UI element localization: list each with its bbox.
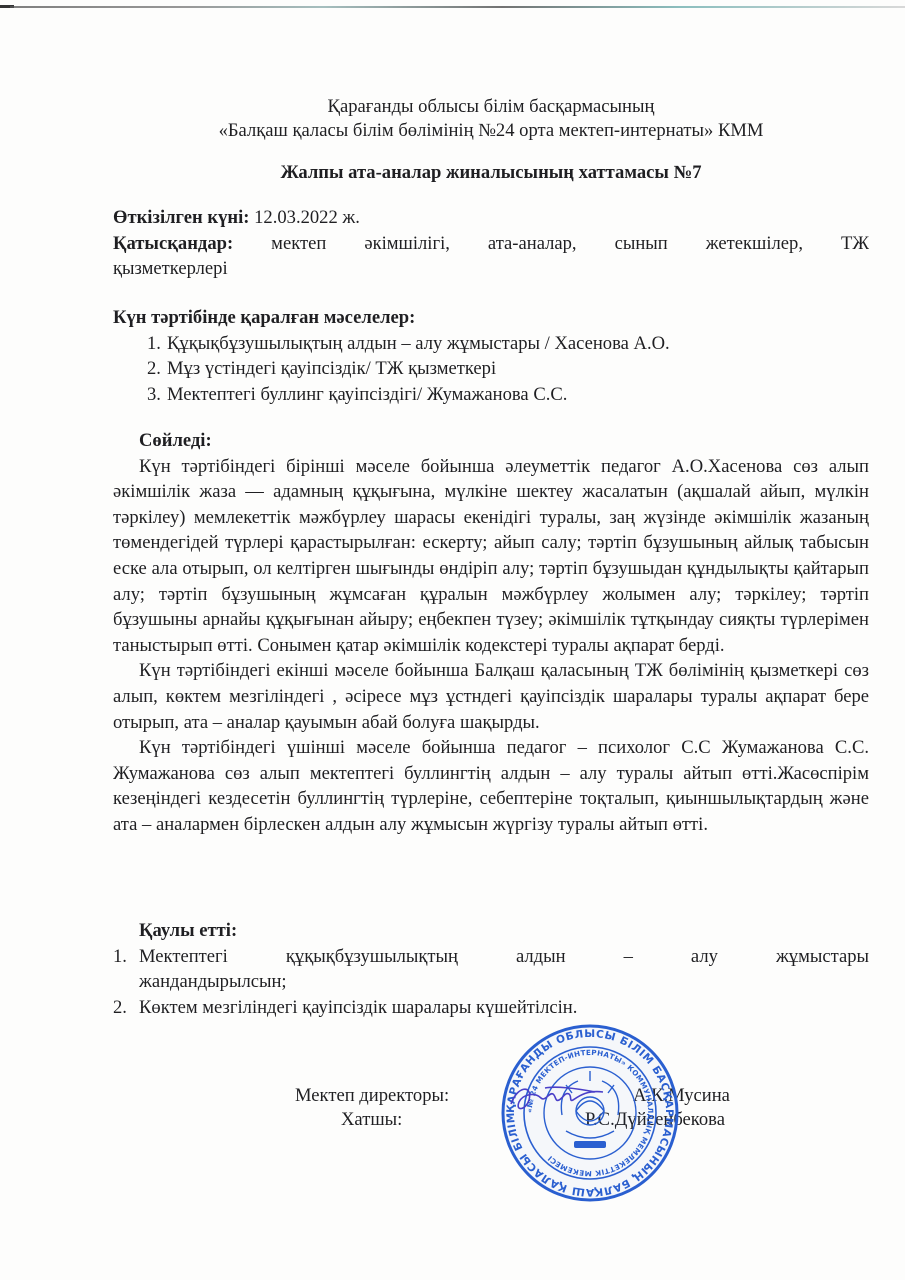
scan-top-line bbox=[10, 6, 905, 8]
resolution-item-text-cont: жандандырылсын; bbox=[139, 969, 869, 995]
resolution-section: Қаулы етті: 1. Мектептегі құқықбұзушылық… bbox=[113, 918, 869, 1020]
document-title: Жалпы ата-аналар жиналысының хаттамасы №… bbox=[113, 160, 869, 186]
signature-block: Мектеп директоры: А.К.Мусина Хатшы: Р.С.… bbox=[113, 1083, 869, 1143]
agenda-list: 1.Құқықбұзушылықтың алдын – алу жұмыстар… bbox=[113, 331, 869, 408]
date-value: 12.03.2022 ж. bbox=[249, 207, 359, 228]
signature-icon bbox=[505, 1078, 615, 1118]
resolution-item-text: Мектептегі құқықбұзушылықтың алдын – алу… bbox=[139, 944, 869, 970]
participants-value: мектеп әкімшілігі, ата-аналар, сынып жет… bbox=[233, 233, 869, 254]
director-label: Мектеп директоры: bbox=[295, 1083, 449, 1109]
resolution-item: 1. Мектептегі құқықбұзушылықтың алдын – … bbox=[113, 944, 869, 995]
agenda-item: 1.Құқықбұзушылықтың алдын – алу жұмыстар… bbox=[113, 331, 869, 357]
resolution-item: 2. Көктем мезгіліндегі қауіпсіздік шарал… bbox=[113, 995, 869, 1021]
agenda-item-text: Мектептегі буллинг қауіпсіздігі/ Жумажан… bbox=[167, 384, 567, 405]
spoke-heading: Сөйледі: bbox=[113, 428, 869, 454]
agenda-item: 2.Мұз үстіндегі қауіпсіздік/ ТЖ қызметке… bbox=[113, 356, 869, 382]
agenda-item-text: Құқықбұзушылықтың алдын – алу жұмыстары … bbox=[167, 333, 670, 354]
meeting-date: Өткізілген күні: 12.03.2022 ж. bbox=[113, 205, 869, 231]
participants-line-2: қызметкерлері bbox=[113, 256, 869, 282]
agenda-item: 3.Мектептегі буллинг қауіпсіздігі/ Жумаж… bbox=[113, 382, 869, 408]
spoke-paragraph-1: Күн тәртібіндегі бірінші мәселе бойынша … bbox=[113, 454, 869, 659]
document-header: Қарағанды облысы білім басқармасының «Ба… bbox=[113, 95, 869, 143]
header-line-1: Қарағанды облысы білім басқармасының bbox=[113, 95, 869, 119]
agenda-item-number: 3. bbox=[147, 382, 161, 408]
resolution-heading: Қаулы етті: bbox=[113, 918, 869, 944]
agenda-item-text: Мұз үстіндегі қауіпсіздік/ ТЖ қызметкері bbox=[167, 358, 496, 379]
resolution-list: 1. Мектептегі құқықбұзушылықтың алдын – … bbox=[113, 944, 869, 1021]
date-label: Өткізілген күні: bbox=[113, 207, 249, 228]
participants-line-1: Қатысқандар: мектеп әкімшілігі, ата-анал… bbox=[113, 231, 869, 257]
agenda-item-number: 1. bbox=[147, 331, 161, 357]
spoke-section: Сөйледі: Күн тәртібіндегі бірінші мәселе… bbox=[113, 428, 869, 838]
resolution-item-number: 2. bbox=[113, 995, 127, 1021]
participants-label: Қатысқандар: bbox=[113, 233, 233, 254]
spoke-paragraph-3: Күн тәртібіндегі үшінші мәселе бойынша п… bbox=[113, 735, 869, 837]
resolution-item-number: 1. bbox=[113, 944, 127, 970]
header-line-2: «Балқаш қаласы білім бөлімінің №24 орта … bbox=[113, 119, 869, 143]
spoke-paragraph-2: Күн тәртібіндегі екінші мәселе бойынша Б… bbox=[113, 658, 869, 735]
resolution-item-text: Көктем мезгіліндегі қауіпсіздік шаралары… bbox=[139, 995, 869, 1021]
agenda-item-number: 2. bbox=[147, 356, 161, 382]
agenda-section: Күн тәртібінде қаралған мәселелер: 1.Құқ… bbox=[113, 305, 869, 407]
meeting-meta: Өткізілген күні: 12.03.2022 ж. Қатысқанд… bbox=[113, 205, 869, 282]
secretary-label: Хатшы: bbox=[341, 1107, 402, 1133]
agenda-heading: Күн тәртібінде қаралған мәселелер: bbox=[113, 305, 869, 331]
